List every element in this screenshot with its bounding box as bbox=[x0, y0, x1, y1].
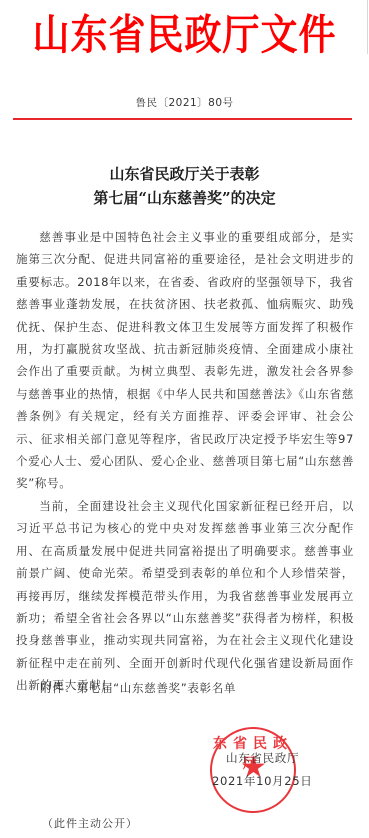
document-number: 鲁民〔2021〕80号 bbox=[0, 95, 369, 110]
attachment-note: 附件：第七届“山东慈善奖”表彰名单 bbox=[40, 680, 236, 696]
public-disclosure-note: （此件主动公开） bbox=[42, 815, 138, 831]
title-line-2: 第七届“山东慈善奖”的决定 bbox=[0, 186, 369, 210]
document-body: 慈善事业是中国特色社会主义事业的重要组成部分，是实施第三次分配、促进共同富裕的重… bbox=[16, 226, 354, 697]
issuer-name: 山东省民政厅 bbox=[226, 750, 299, 766]
body-paragraph-1: 慈善事业是中国特色社会主义事业的重要组成部分，是实施第三次分配、促进共同富裕的重… bbox=[16, 226, 354, 495]
document-title: 山东省民政厅关于表彰 第七届“山东慈善奖”的决定 bbox=[0, 162, 369, 210]
red-separator-line bbox=[13, 118, 352, 120]
masthead-title: 山东省民政厅文件 bbox=[0, 10, 369, 59]
body-paragraph-2: 当前，全面建设社会主义现代化国家新征程已经开启，以习近平总书记为核心的党中央对发… bbox=[16, 495, 354, 697]
title-line-1: 山东省民政厅关于表彰 bbox=[0, 162, 369, 186]
issue-date: 2021年10月25日 bbox=[212, 773, 312, 789]
official-seal: 东省民政厅 ★ bbox=[210, 727, 296, 813]
